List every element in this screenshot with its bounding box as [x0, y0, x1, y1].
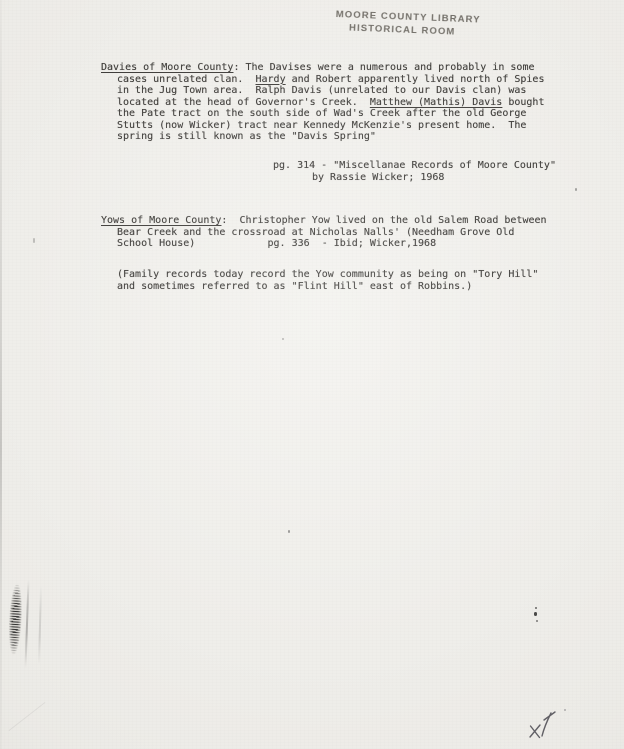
- underlined-name-matthew-davis: Matthew (Mathis) Davis: [370, 97, 502, 108]
- scan-ink-smudge: [6, 577, 26, 670]
- scanned-document-page: MOORE COUNTY LIBRARY HISTORICAL ROOM Dav…: [0, 0, 624, 749]
- ink-speck: [282, 338, 284, 340]
- ink-speck: [575, 188, 577, 191]
- text-line: Bear Creek and the crossroad at Nicholas…: [117, 227, 547, 239]
- library-stamp: MOORE COUNTY LIBRARY HISTORICAL ROOM: [335, 9, 470, 39]
- davies-paragraph: Davies of Moore County: The Davises were…: [101, 62, 544, 143]
- ink-speck: [536, 620, 538, 622]
- handwriting-mark: [518, 700, 588, 746]
- citation-line: by Rassie Wicker; 1968: [312, 172, 556, 184]
- text-line: School House) pg. 336 - Ibid; Wicker,196…: [117, 238, 547, 250]
- text-line: spring is still known as the "Davis Spri…: [117, 131, 544, 143]
- text-line: cases unrelated clan. Hardy and Robert a…: [117, 74, 544, 86]
- text-segment: located at the head of Governor's Creek.: [117, 97, 370, 108]
- text-line: located at the head of Governor's Creek.…: [117, 97, 544, 109]
- ink-speck: [535, 607, 537, 609]
- citation-line: pg. 314 - "Miscellanae Records of Moore …: [273, 160, 556, 172]
- text-line: the Pate tract on the south side of Wad'…: [117, 108, 544, 120]
- text-segment: : The Davises were a numerous and probab…: [233, 62, 534, 73]
- ink-speck: [33, 238, 35, 243]
- text-line: in the Jug Town area. Ralph Davis (unrel…: [117, 85, 544, 97]
- text-line: Stutts (now Wicker) tract near Kennedy M…: [117, 120, 544, 132]
- scan-edge-shadow: [0, 0, 2, 749]
- text-segment: cases unrelated clan.: [117, 74, 255, 85]
- text-line: (Family records today record the Yow com…: [117, 269, 538, 281]
- scan-smudge-streak: [24, 580, 29, 668]
- text-line: Davies of Moore County: The Davises were…: [101, 62, 544, 74]
- davies-citation: pg. 314 - "Miscellanae Records of Moore …: [273, 160, 556, 183]
- yows-paragraph: Yows of Moore County: Christopher Yow li…: [101, 215, 547, 250]
- ink-speck: [288, 530, 290, 533]
- underlined-name-hardy: Hardy: [255, 74, 285, 85]
- text-line: and sometimes referred to as "Flint Hill…: [117, 281, 538, 293]
- yows-heading: Yows of Moore County: [101, 215, 221, 226]
- text-line: Yows of Moore County: Christopher Yow li…: [101, 215, 547, 227]
- family-note-paragraph: (Family records today record the Yow com…: [117, 269, 538, 292]
- scan-smudge-streak: [38, 586, 42, 664]
- text-segment: and Robert apparently lived north of Spi…: [286, 74, 545, 85]
- ink-speck: [534, 612, 537, 616]
- text-segment: bought: [502, 97, 544, 108]
- scan-scratch: [9, 702, 46, 731]
- davies-heading: Davies of Moore County: [101, 62, 233, 73]
- text-segment: : Christopher Yow lived on the old Salem…: [221, 215, 546, 226]
